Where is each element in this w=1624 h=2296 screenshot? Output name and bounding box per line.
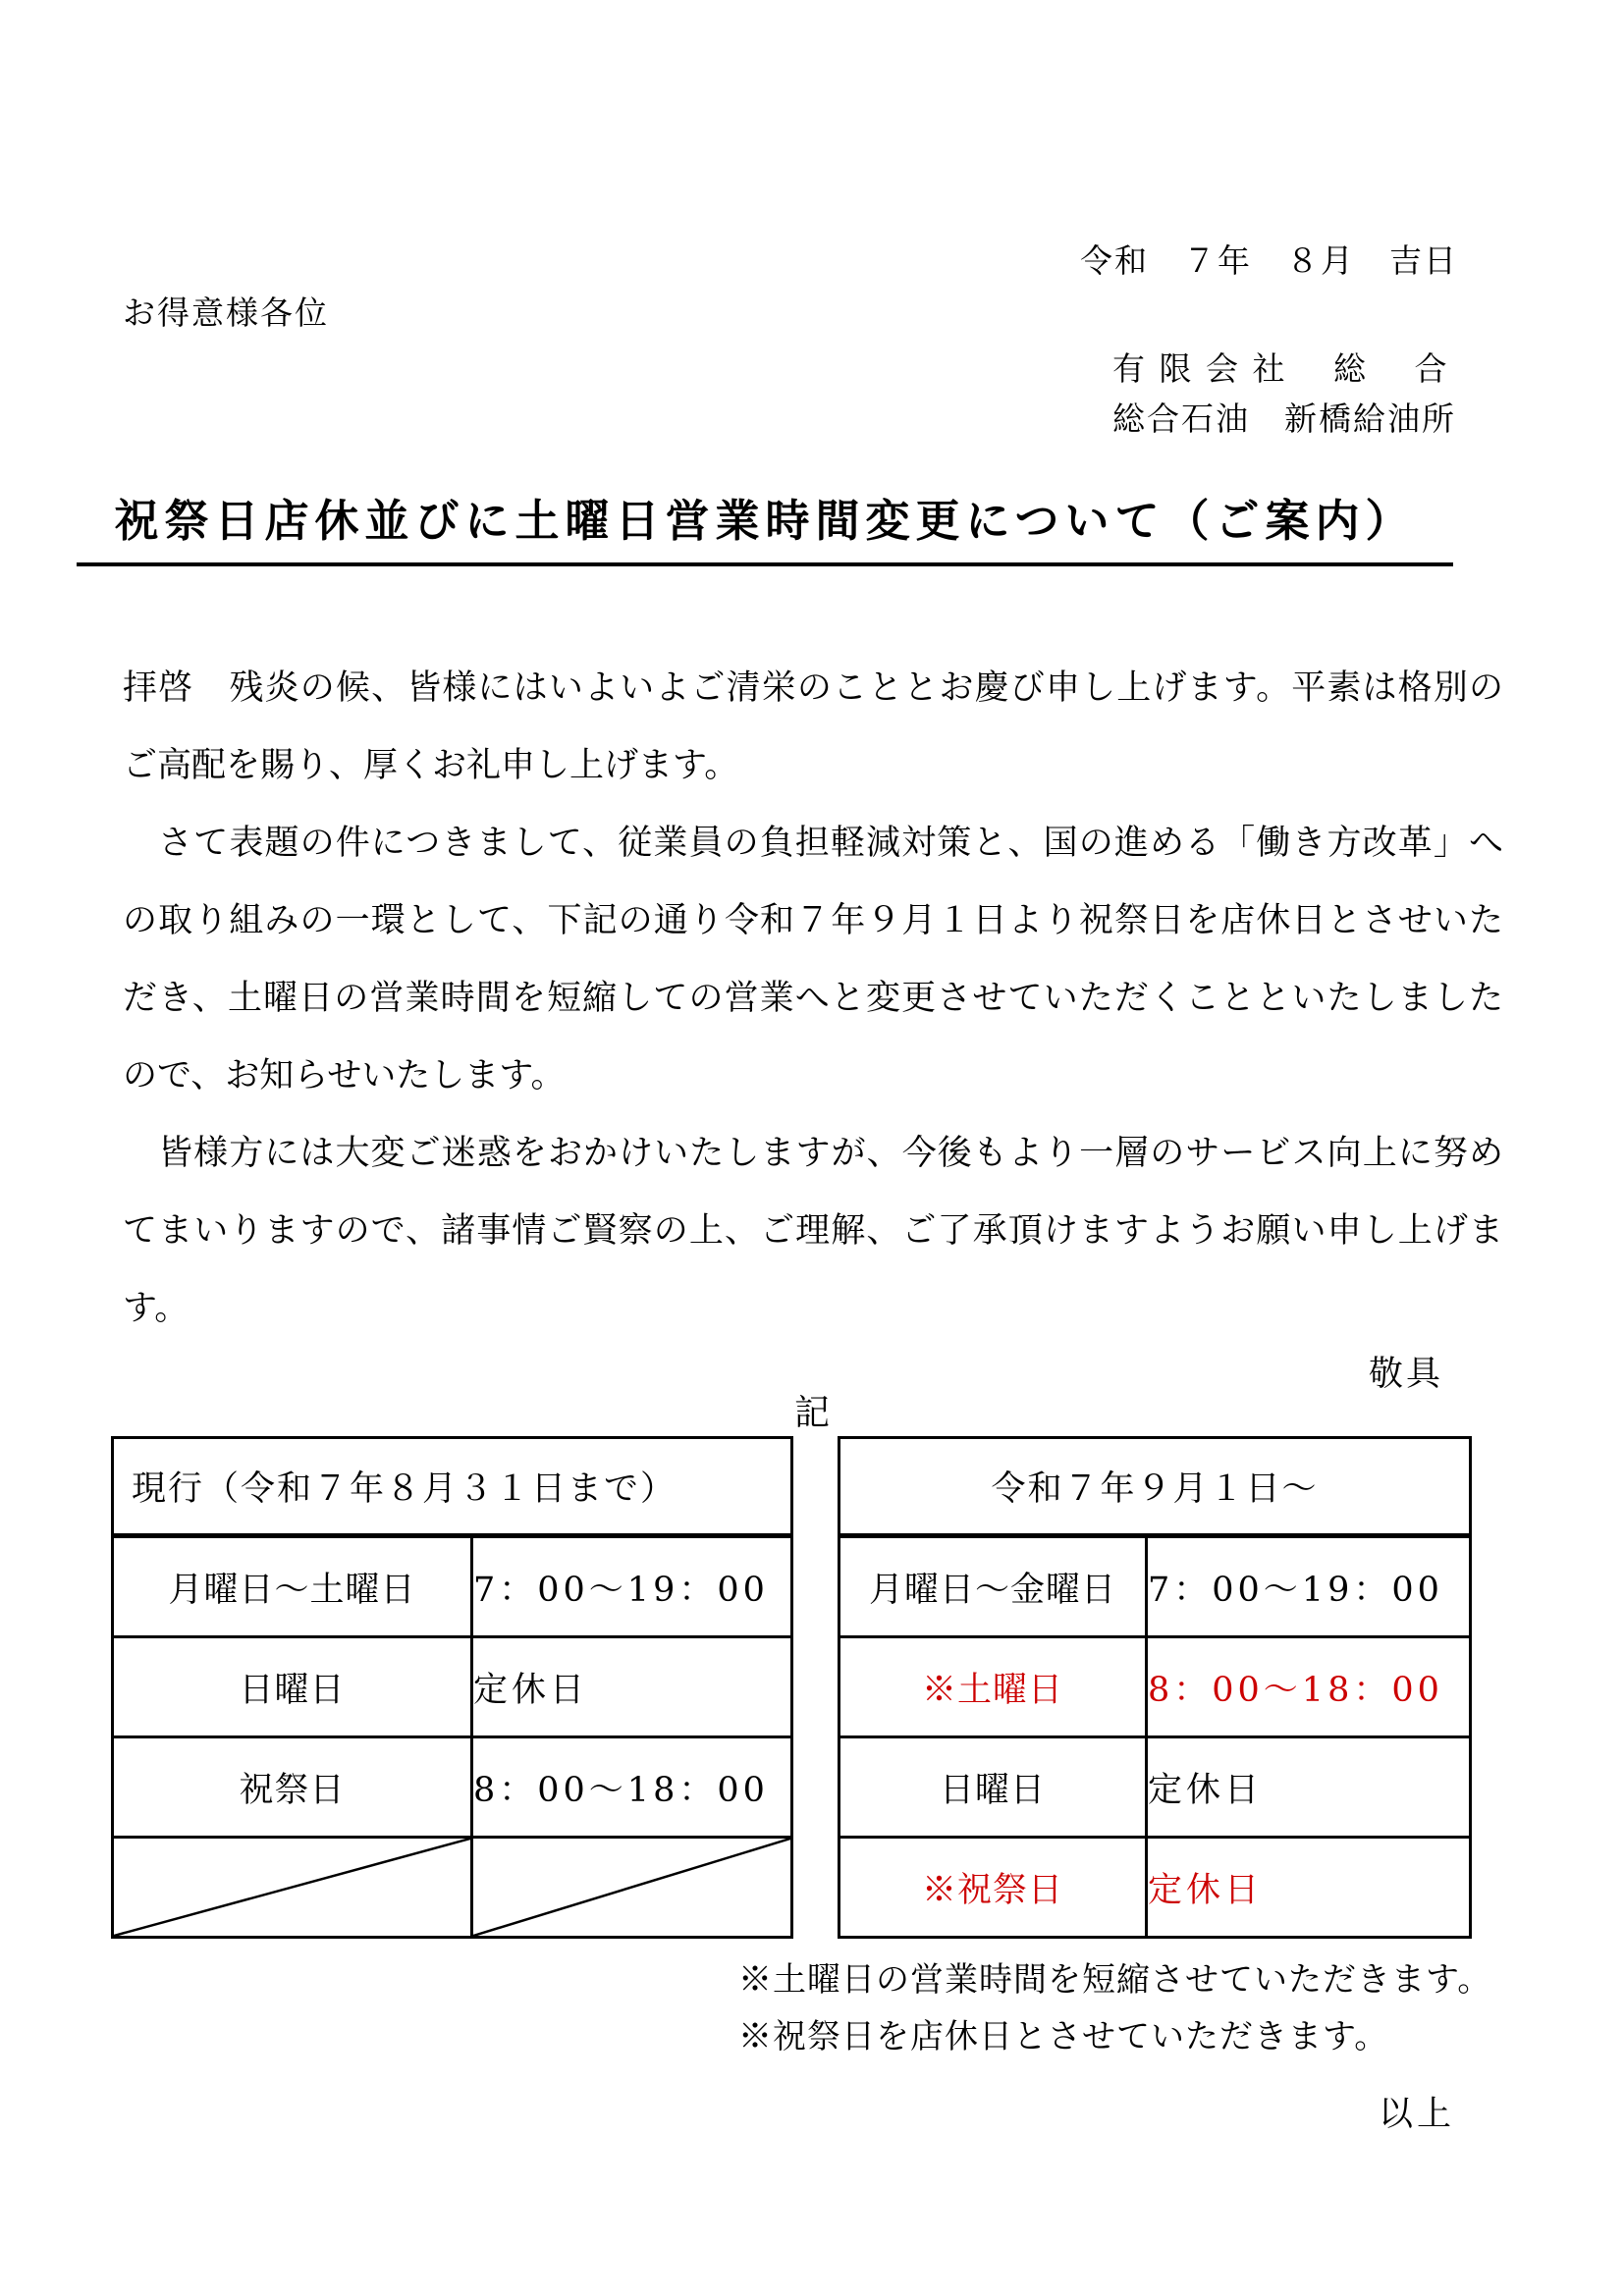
day-cell: ※土曜日 [839, 1637, 1147, 1737]
table-row: ※祝祭日 定休日 [839, 1838, 1471, 1938]
diagonal-strikethrough-cell [113, 1838, 472, 1938]
day-cell: 月曜日～土曜日 [113, 1536, 472, 1637]
recipient: お得意様各位 [123, 288, 329, 334]
table-row: 日曜日 定休日 [839, 1737, 1471, 1838]
sender-branch-name: 総合石油 新橋給油所 [1112, 394, 1456, 440]
hours-cell: 8：00～18：00 [1147, 1637, 1471, 1737]
body-line: てまいりますので、諸事情ご賢察の上、ご理解、ご了承頂けますようお願い申し上げま [123, 1193, 1503, 1270]
table-row: 日曜日 定休日 [113, 1637, 792, 1737]
footnotes: ※土曜日の営業時間を短縮させていただきます。 ※祝祭日を店休日とさせていただきま… [738, 1951, 1491, 2065]
body-line: ので、お知らせいたします。 [123, 1038, 1503, 1115]
current-schedule-table: 現行（令和７年８月３１日まで） 月曜日～土曜日 7：00～19：00 日曜日 定… [111, 1436, 793, 1939]
new-schedule-table: 令和７年９月１日～ 月曜日～金曜日 7：00～19：00 ※土曜日 8：00～1… [838, 1436, 1472, 1939]
hours-cell: 7：00～19：00 [1147, 1536, 1471, 1637]
note-line: ※祝祭日を店休日とさせていただきます。 [738, 2008, 1491, 2065]
hours-cell: 定休日 [472, 1637, 792, 1737]
day-cell: 日曜日 [113, 1637, 472, 1737]
body-line: 皆様方には大変ご迷惑をおかけいたしますが、今後もより一層のサービス向上に努め [123, 1115, 1503, 1193]
body-line: さて表題の件につきまして、従業員の負担軽減対策と、国の進める「働き方改革」へ [123, 805, 1503, 882]
body-text: 拝啓 残炎の候、皆様にはいよいよご清栄のこととお慶び申し上げます。平素は格別の … [123, 650, 1503, 1348]
table-row: 祝祭日 8：00～18：00 [113, 1737, 792, 1838]
document-page: 令和 ７年 ８月 吉日 お得意様各位 有 限 会 社 総 合 総合石油 新橋給油… [0, 0, 1624, 2296]
day-cell: 日曜日 [839, 1737, 1147, 1838]
hours-cell: 定休日 [1147, 1838, 1471, 1938]
day-cell: ※祝祭日 [839, 1838, 1147, 1938]
new-table-header: 令和７年９月１日～ [839, 1438, 1471, 1536]
document-title-underline: 祝祭日店休並びに土曜日営業時間変更について（ご案内） [77, 485, 1453, 566]
diagonal-line [114, 1839, 470, 1936]
hours-cell: 7：00～19：00 [472, 1536, 792, 1637]
body-line: の取り組みの一環として、下記の通り令和７年９月１日より祝祭日を店休日とさせいた [123, 882, 1503, 960]
end-mark-ijou: 以上 [123, 2087, 1455, 2136]
hours-cell: 定休日 [1147, 1737, 1471, 1838]
note-line: ※土曜日の営業時間を短縮させていただきます。 [738, 1951, 1491, 2008]
diagonal-line [473, 1839, 790, 1936]
body-line: ご高配を賜り、厚くお礼申し上げます。 [123, 727, 1503, 805]
record-heading-ki: 記 [0, 1385, 1624, 1435]
table-row: ※土曜日 8：00～18：00 [839, 1637, 1471, 1737]
diagonal-strikethrough-cell [472, 1838, 792, 1938]
body-line: だき、土曜日の営業時間を短縮しての営業へと変更させていただくことといたしました [123, 960, 1503, 1038]
current-table-header: 現行（令和７年８月３１日まで） [113, 1438, 792, 1536]
document-title: 祝祭日店休並びに土曜日営業時間変更について（ご案内） [114, 495, 1415, 547]
body-line: す。 [123, 1270, 1503, 1348]
table-row [113, 1838, 792, 1938]
day-cell: 月曜日～金曜日 [839, 1536, 1147, 1637]
table-row: 月曜日～土曜日 7：00～19：00 [113, 1536, 792, 1637]
date-line: 令和 ７年 ８月 吉日 [1080, 236, 1458, 282]
day-cell: 祝祭日 [113, 1737, 472, 1838]
sender-company-name: 有 限 会 社 総 合 [1112, 344, 1448, 390]
table-row: 月曜日～金曜日 7：00～19：00 [839, 1536, 1471, 1637]
body-line: 拝啓 残炎の候、皆様にはいよいよご清栄のこととお慶び申し上げます。平素は格別の [123, 650, 1503, 727]
hours-cell: 8：00～18：00 [472, 1737, 792, 1838]
